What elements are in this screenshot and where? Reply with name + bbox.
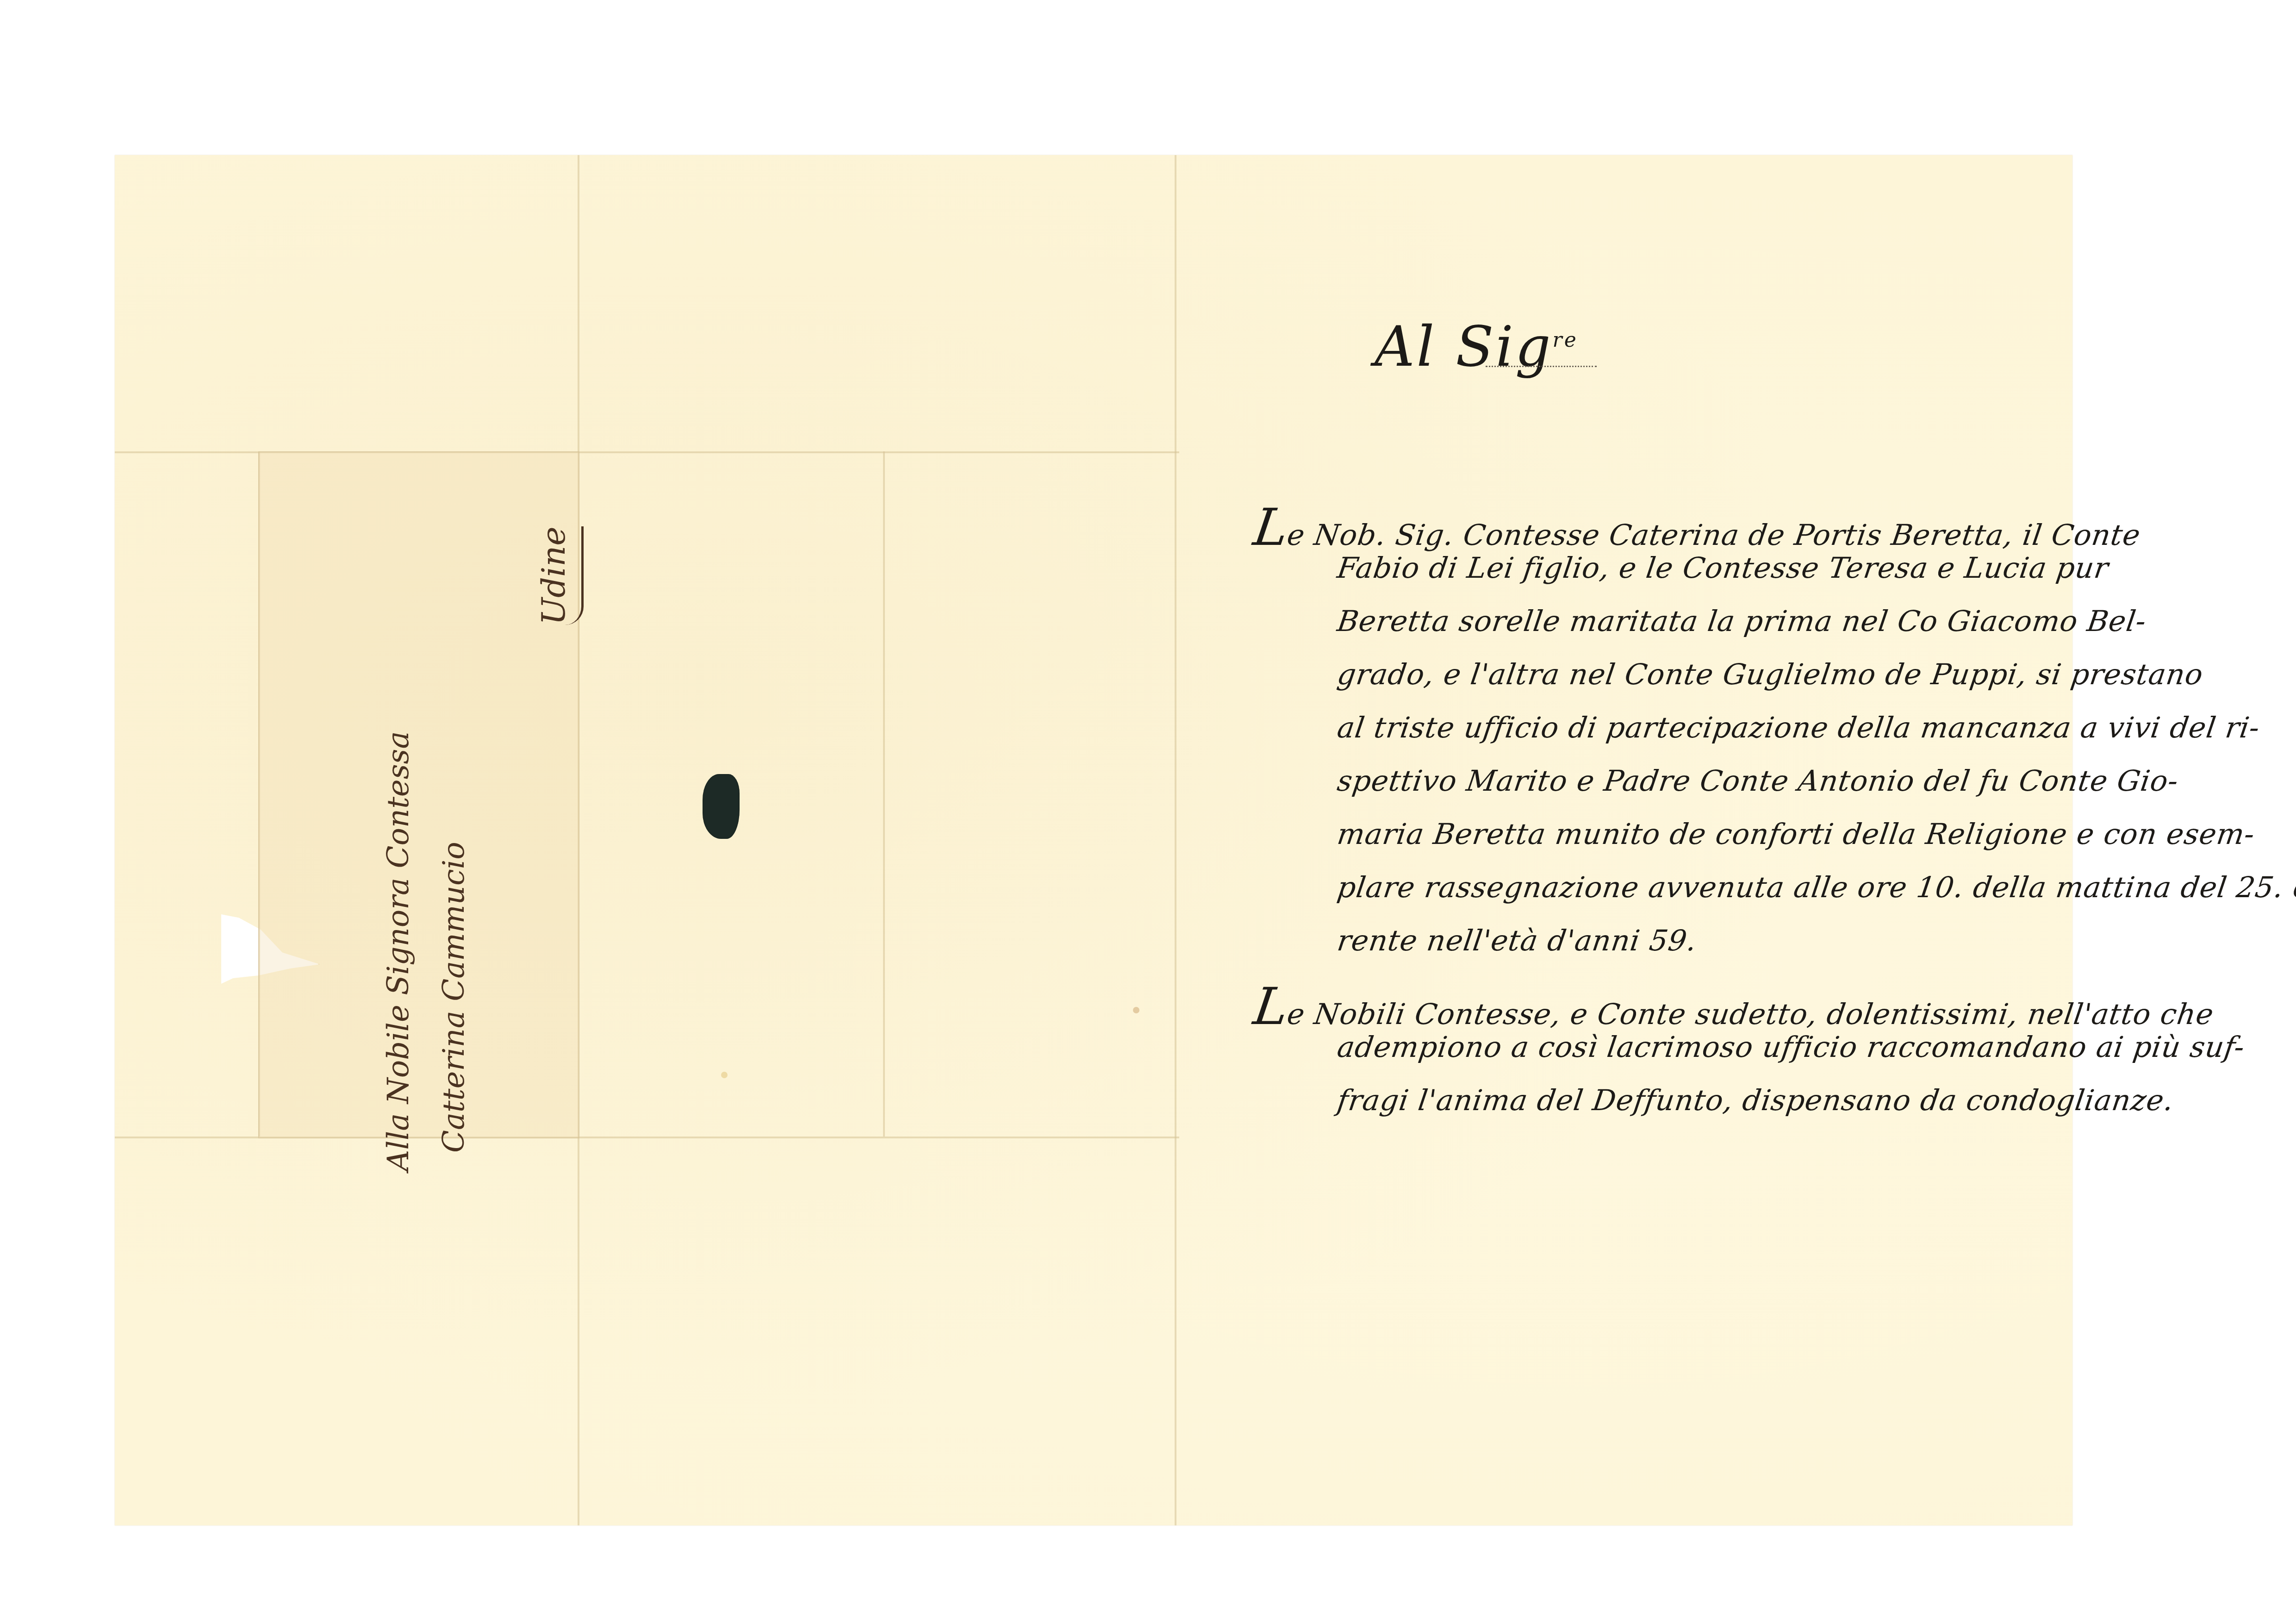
wax-seal — [703, 774, 740, 839]
address-recipient: Alla Nobile Signora Contessa — [375, 731, 422, 1171]
salutation-text: Al Sig — [1375, 315, 1553, 379]
paragraph1-line: Fabio di Lei figlio, e le Contesse Teres… — [1335, 551, 2111, 585]
fold-line-center-crease — [1175, 155, 1176, 1525]
address-city: Udine — [528, 526, 584, 625]
paper-stain — [1133, 1007, 1139, 1013]
paragraph2-line: Le Nobili Contesse, e Conte sudetto, dol… — [1250, 977, 2219, 1036]
paragraph2-line: fragi l'anima del Deffunto, dispensano d… — [1335, 1083, 2176, 1117]
salutation-superscript: re — [1553, 328, 1578, 352]
paragraph1-line: plare rassegnazione avvenuta alle ore 10… — [1335, 870, 2296, 904]
paragraph1-line: al triste ufficio di partecipazione dell… — [1335, 711, 2262, 744]
paragraph1-line: rente nell'età d'anni 59. — [1335, 924, 1699, 957]
address-name: Catterina Cammucio — [430, 842, 478, 1153]
salutation-blank-line — [1486, 366, 1597, 367]
fold-line-vertical-3 — [883, 451, 885, 1137]
paragraph1-line: spettivo Marito e Padre Conte Antonio de… — [1335, 764, 2181, 798]
paper-stain — [721, 1072, 728, 1078]
address-block: Alla Nobile Signora Contessa Catterina C… — [375, 477, 653, 1171]
paragraph1-line: Beretta sorelle maritata la prima nel Co… — [1335, 604, 2149, 638]
paragraph1-line: Le Nob. Sig. Contesse Caterina de Portis… — [1250, 498, 2146, 557]
paragraph2-line: adempiono a così lacrimoso ufficio racco… — [1335, 1030, 2247, 1064]
salutation: Al Sigre — [1375, 315, 1578, 379]
paragraph1-line: maria Beretta munito de conforti della R… — [1335, 817, 2257, 851]
paragraph1-line: grado, e l'altra nel Conte Guglielmo de … — [1335, 657, 2205, 691]
